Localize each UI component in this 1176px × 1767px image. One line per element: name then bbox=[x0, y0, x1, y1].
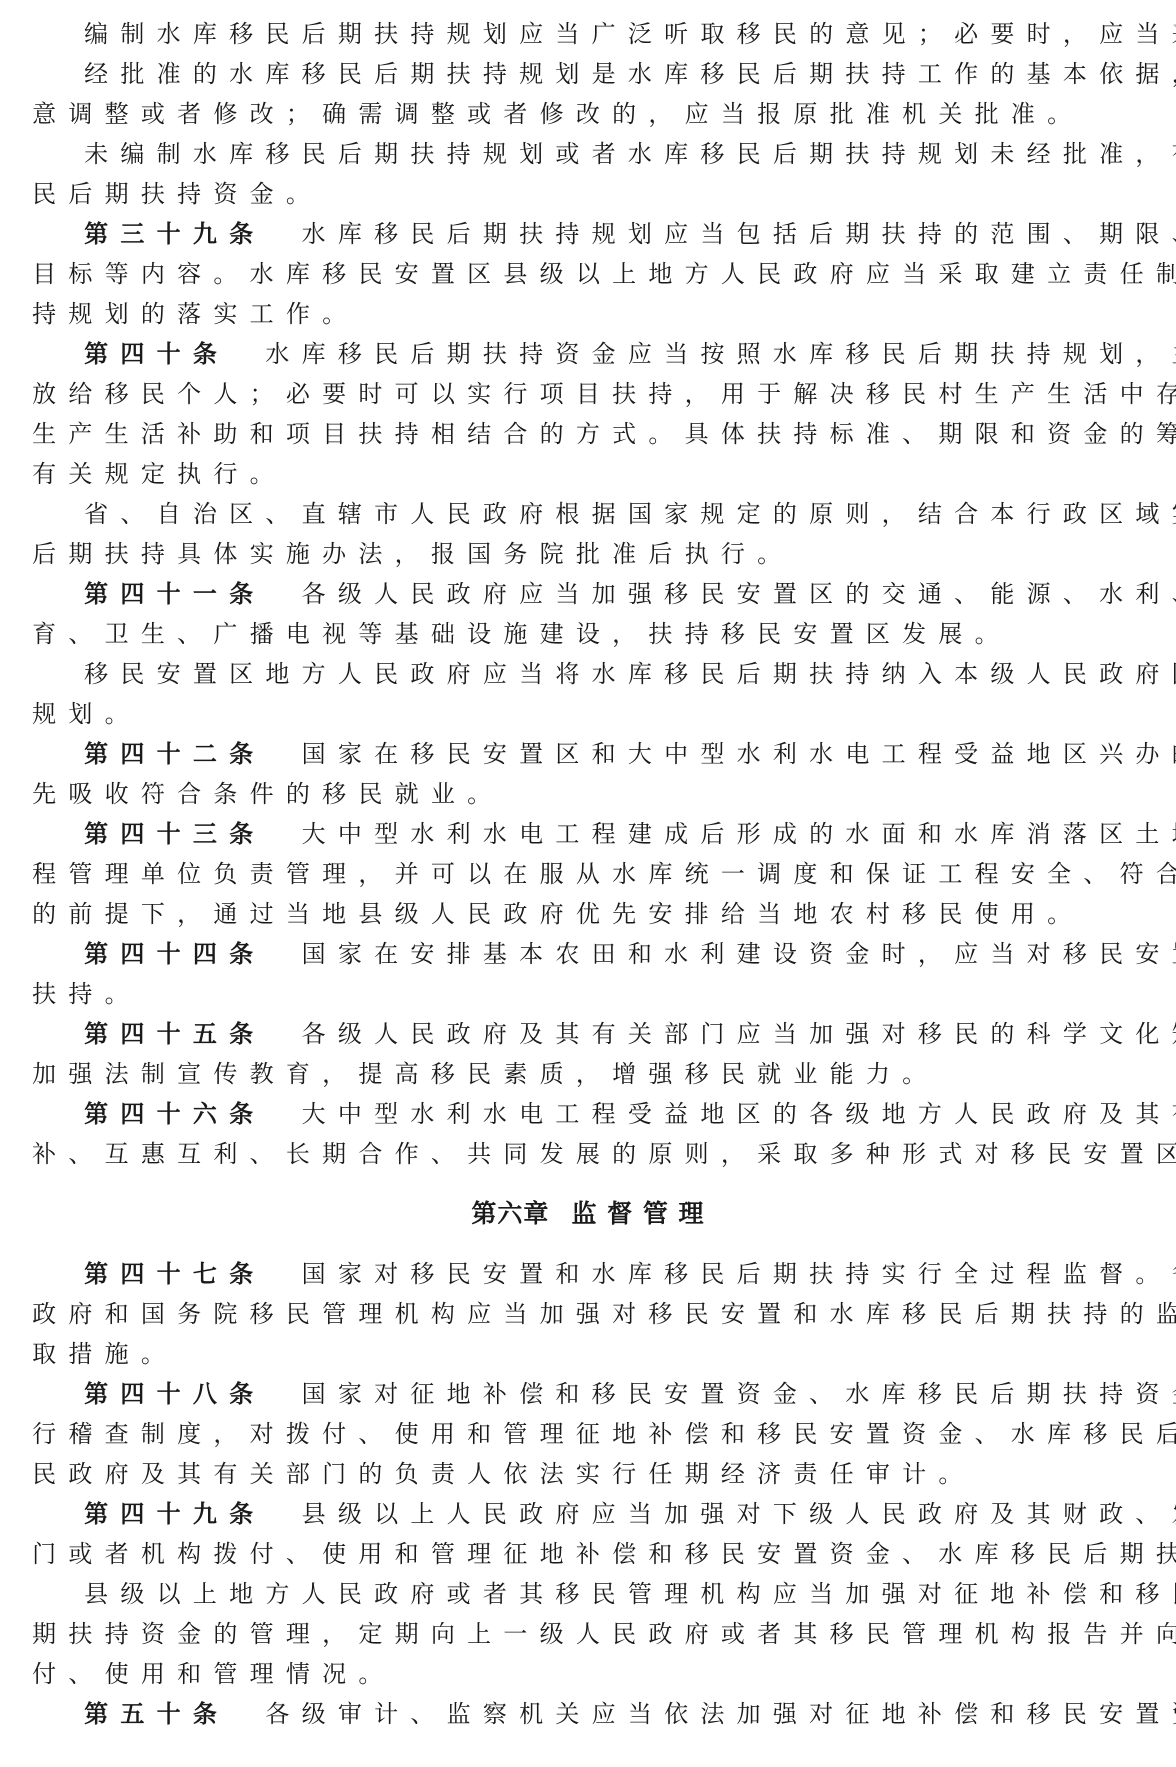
text-char: 持 bbox=[912, 214, 948, 254]
text-char: 泛 bbox=[622, 14, 658, 54]
text-char: 后 bbox=[767, 134, 803, 174]
text-char: 国 bbox=[135, 1294, 171, 1334]
text-char: 加 bbox=[803, 1014, 839, 1054]
text-char: 地 bbox=[259, 654, 295, 694]
text-char: 高 bbox=[389, 1054, 425, 1094]
text-char: 生 bbox=[26, 414, 62, 454]
text-char: 级 bbox=[332, 1014, 368, 1054]
text-char: 理 bbox=[932, 1614, 968, 1654]
text-char: 其 bbox=[787, 1614, 823, 1654]
text-line: 第四十九条 县级以上人民政府应当加强对下级人民政府及其财政、发展改革、移民等有关… bbox=[26, 1494, 1150, 1534]
text-char: 加 bbox=[26, 1054, 62, 1094]
text-char: 国 bbox=[296, 934, 332, 974]
text-char: 育 bbox=[280, 1054, 316, 1094]
text-char bbox=[259, 1094, 295, 1134]
text-char: 成 bbox=[767, 814, 803, 854]
text-char: 益 bbox=[984, 734, 1020, 774]
text-char: 。 bbox=[461, 774, 497, 814]
text-char: 民 bbox=[948, 1374, 984, 1414]
text-char: 利 bbox=[767, 734, 803, 774]
text-char: 理 bbox=[658, 1574, 694, 1614]
text-char: 库 bbox=[860, 1294, 896, 1334]
text-char: 上 bbox=[187, 1574, 223, 1614]
text-char: 期 bbox=[1093, 214, 1129, 254]
text-char: 水 bbox=[767, 334, 803, 374]
text-char: 水 bbox=[1093, 574, 1129, 614]
text-line: 第四十条 水库移民后期扶持资金应当按照水库移民后期扶持规划，主要作为生产生活补助… bbox=[26, 334, 1150, 374]
text-char: 、 bbox=[896, 1534, 932, 1574]
text-char: 大 bbox=[296, 814, 332, 854]
text-char: ， bbox=[1129, 134, 1165, 174]
text-char: 民 bbox=[896, 374, 932, 414]
text-char: 及 bbox=[135, 1454, 171, 1494]
text-char: 符 bbox=[135, 774, 171, 814]
text-char: 人 bbox=[332, 654, 368, 694]
text-char: 扶 bbox=[404, 134, 440, 174]
text-char: 和 bbox=[461, 1414, 497, 1454]
text-line: 补、互惠互利、长期合作、共同发展的原则，采取多种形式对移民安置区给予支持。 bbox=[26, 1134, 1150, 1174]
text-char: 限 bbox=[969, 414, 1005, 454]
text-char: 、 bbox=[1129, 1494, 1165, 1534]
text-char: 管 bbox=[207, 1654, 243, 1694]
text-char: 吸 bbox=[62, 774, 98, 814]
text-char: 面 bbox=[876, 814, 912, 854]
text-char: 辖 bbox=[332, 494, 368, 534]
text-char: 负 bbox=[207, 854, 243, 894]
text-char: 位 bbox=[171, 854, 207, 894]
text-char: 民 bbox=[1114, 1414, 1150, 1454]
text-char: 期 bbox=[767, 654, 803, 694]
text-char: 规 bbox=[477, 134, 513, 174]
text-char: 实 bbox=[461, 374, 497, 414]
text-char: 务 bbox=[171, 1294, 207, 1334]
text-char: 级 bbox=[332, 1494, 368, 1534]
text-char: 划 bbox=[549, 54, 585, 94]
text-char: 基 bbox=[477, 934, 513, 974]
text-char: 后 bbox=[404, 334, 440, 374]
article-label-char: 第 bbox=[78, 1014, 114, 1054]
text-char: 家 bbox=[332, 1254, 368, 1294]
text-char: 负 bbox=[389, 1454, 425, 1494]
text-char: 持 bbox=[1077, 1294, 1113, 1334]
text-char: 扶 bbox=[803, 1254, 839, 1294]
text-char: 移 bbox=[679, 1534, 715, 1574]
text-char: 意 bbox=[26, 94, 62, 134]
text-line: 省、自治区、直辖市人民政府根据国家规定的原则，结合本行政区域实际情况，制定水库移… bbox=[26, 494, 1150, 534]
text-char: 落 bbox=[1057, 814, 1093, 854]
text-char: 扶 bbox=[1041, 1294, 1077, 1334]
text-char: 理 bbox=[99, 854, 135, 894]
text-char: 质 bbox=[534, 1054, 570, 1094]
text-char: 的 bbox=[135, 294, 171, 334]
text-char: 等 bbox=[99, 254, 135, 294]
text-char: 民 bbox=[1041, 1534, 1077, 1574]
text-char: 机 bbox=[896, 94, 932, 134]
text-char: 民 bbox=[404, 1014, 440, 1054]
text-char: 各 bbox=[259, 1694, 295, 1734]
text-char: 及 bbox=[1093, 1094, 1129, 1134]
article-label-char: 一 bbox=[187, 574, 223, 614]
text-char: 制 bbox=[151, 134, 187, 174]
text-char: 制 bbox=[1150, 254, 1176, 294]
article-label-char: 条 bbox=[223, 1494, 259, 1534]
article-label-char: 第 bbox=[78, 1094, 114, 1134]
text-char: 中 bbox=[1114, 374, 1150, 414]
text-char: 原 bbox=[803, 494, 839, 534]
text-char: 据 bbox=[1129, 54, 1165, 94]
text-char: 府 bbox=[513, 494, 549, 534]
text-char: 资 bbox=[1129, 1374, 1165, 1414]
text-char: 报 bbox=[751, 94, 787, 134]
text-char: ， bbox=[876, 494, 912, 534]
text-char: 省 bbox=[1166, 1254, 1176, 1294]
text-char: 务 bbox=[497, 534, 533, 574]
text-char: 水 bbox=[586, 1254, 622, 1294]
text-char: 采 bbox=[751, 1134, 787, 1174]
text-char: 稽 bbox=[62, 1414, 98, 1454]
text-char: 和 bbox=[389, 1534, 425, 1574]
text-char: 合 bbox=[1150, 854, 1176, 894]
text-char: 作 bbox=[948, 54, 984, 94]
text-char: 、 bbox=[114, 494, 150, 534]
text-char: 批 bbox=[969, 94, 1005, 134]
text-char: 制 bbox=[114, 14, 150, 54]
text-char: 后 bbox=[1077, 1534, 1113, 1574]
text-char: 有 bbox=[586, 1014, 622, 1054]
text-char: 源 bbox=[1021, 574, 1057, 614]
text-char: 项 bbox=[280, 414, 316, 454]
text-char: 偿 bbox=[606, 1534, 642, 1574]
text-char: 发 bbox=[896, 614, 932, 654]
text-char: 县 bbox=[78, 1574, 114, 1614]
text-char: 并 bbox=[389, 854, 425, 894]
text-char: 准 bbox=[860, 94, 896, 134]
text-char: 法 bbox=[694, 1694, 730, 1734]
text-char: 的 bbox=[1114, 414, 1150, 454]
text-char: 安 bbox=[787, 614, 823, 654]
text-char: 当 bbox=[497, 1294, 533, 1334]
text-char: 卫 bbox=[99, 614, 135, 654]
text-char: 存 bbox=[1150, 374, 1176, 414]
text-char: 、 bbox=[1166, 574, 1176, 614]
text-char: 期 bbox=[316, 1134, 352, 1174]
text-char: 产 bbox=[62, 414, 98, 454]
text-char: 以 bbox=[425, 374, 461, 414]
text-char: 。 bbox=[969, 614, 1005, 654]
text-char: 府 bbox=[477, 574, 513, 614]
text-char: 金 bbox=[171, 1614, 207, 1654]
article-paragraph: 第四十三条 大中型水利水电工程建成后形成的水面和水库消落区土地属于国家所有，由该… bbox=[26, 814, 1150, 934]
text-char: 安 bbox=[642, 894, 678, 934]
text-char: 安 bbox=[658, 1374, 694, 1414]
text-char: 者 bbox=[751, 1614, 787, 1654]
text-char: 当 bbox=[622, 1694, 658, 1734]
text-char: 置 bbox=[1114, 1134, 1150, 1174]
article-label-char: 六 bbox=[187, 1094, 223, 1134]
text-char: 区 bbox=[1093, 494, 1129, 534]
text-char: 排 bbox=[679, 894, 715, 934]
text-char: ， bbox=[1057, 14, 1093, 54]
text-char: 置 bbox=[513, 734, 549, 774]
text-char: 益 bbox=[658, 1094, 694, 1134]
text-char: 地 bbox=[606, 1414, 642, 1454]
text-char: 构 bbox=[1005, 1614, 1041, 1654]
text-char: 扶 bbox=[477, 334, 513, 374]
text-char: 当 bbox=[751, 894, 787, 934]
text-char: 对 bbox=[1021, 934, 1057, 974]
text-char: 的 bbox=[280, 774, 316, 814]
text-char: 听 bbox=[658, 14, 694, 54]
text-char: 拨 bbox=[280, 1414, 316, 1454]
text-char: 报 bbox=[1041, 1614, 1077, 1654]
text-char: 扶 bbox=[368, 14, 404, 54]
text-char: 能 bbox=[984, 574, 1020, 614]
text-char: 移 bbox=[259, 134, 295, 174]
text-char: 区 bbox=[860, 614, 896, 654]
text-char: 扶 bbox=[642, 614, 678, 654]
article-paragraph: 第四十二条 国家在移民安置区和大中型水利水电工程受益地区兴办的生产建设项目，应当… bbox=[26, 734, 1150, 814]
text-char: ， bbox=[207, 1414, 243, 1454]
text-char: 地 bbox=[876, 1694, 912, 1734]
text-char: 加 bbox=[658, 1494, 694, 1534]
text-char: 、 bbox=[1077, 854, 1113, 894]
text-char: 移 bbox=[1005, 1134, 1041, 1174]
text-char: 其 bbox=[549, 1014, 585, 1054]
text-char: 民 bbox=[731, 54, 767, 94]
text-char: 过 bbox=[984, 1254, 1020, 1294]
text-char: 移 bbox=[896, 1294, 932, 1334]
text-char: 拨 bbox=[207, 1534, 243, 1574]
text-char: 化 bbox=[1129, 1014, 1165, 1054]
text-char: 、 bbox=[896, 414, 932, 454]
article-label-char: 九 bbox=[187, 1494, 223, 1534]
text-char: 。 bbox=[99, 694, 135, 734]
text-char: 者 bbox=[586, 134, 622, 174]
article-label-char: 四 bbox=[114, 734, 150, 774]
text-char: 。 bbox=[99, 974, 135, 1014]
text-char: 关 bbox=[932, 94, 968, 134]
text-char: 能 bbox=[824, 1054, 860, 1094]
text-char: 后 bbox=[296, 14, 332, 54]
text-char bbox=[259, 934, 295, 974]
article-label-char: 十 bbox=[151, 1014, 187, 1054]
text-char: 按 bbox=[694, 334, 730, 374]
text-char: 修 bbox=[207, 94, 243, 134]
text-char: 的 bbox=[1114, 1294, 1150, 1334]
text-char: 库 bbox=[642, 854, 678, 894]
text-char: 具 bbox=[171, 534, 207, 574]
text-char: 民 bbox=[26, 1454, 62, 1494]
text-char: 民 bbox=[860, 1614, 896, 1654]
text-char: 整 bbox=[425, 94, 461, 134]
text-char: 编 bbox=[114, 134, 150, 174]
text-char: 业 bbox=[787, 1054, 823, 1094]
text-char: 责 bbox=[787, 1454, 823, 1494]
text-char: 扶 bbox=[751, 414, 787, 454]
text-char: 民 bbox=[679, 1294, 715, 1334]
text-char: 付 bbox=[316, 1414, 352, 1454]
text-char: 、 bbox=[1057, 574, 1093, 614]
text-char: 移 bbox=[658, 1254, 694, 1294]
text-char: 水 bbox=[658, 934, 694, 974]
text-char: 应 bbox=[586, 1494, 622, 1534]
text-char: 互 bbox=[171, 1134, 207, 1174]
text-char: 民 bbox=[1041, 1134, 1077, 1174]
text-char: 则 bbox=[679, 1134, 715, 1174]
text-char: 政 bbox=[1057, 494, 1093, 534]
text-char: 后 bbox=[803, 214, 839, 254]
text-char: 批 bbox=[824, 94, 860, 134]
text-char: 利 bbox=[441, 1094, 477, 1134]
text-char: 管 bbox=[316, 1294, 352, 1334]
text-char: 生 bbox=[969, 374, 1005, 414]
text-char: 制 bbox=[135, 1054, 171, 1094]
text-char: 级 bbox=[296, 1694, 332, 1734]
text-char: 部 bbox=[658, 1014, 694, 1054]
text-char: 管 bbox=[425, 1534, 461, 1574]
text-char: 放 bbox=[26, 374, 62, 414]
text-line: 程管理单位负责管理，并可以在服从水库统一调度和保证工程安全、符合水土保持和水质保… bbox=[26, 854, 1150, 894]
text-char: 前 bbox=[62, 894, 98, 934]
text-char: 当 bbox=[767, 1014, 803, 1054]
text-char: 取 bbox=[969, 254, 1005, 294]
text-char: 保 bbox=[860, 854, 896, 894]
text-char: 行 bbox=[497, 374, 533, 414]
text-char: 后 bbox=[368, 54, 404, 94]
text-char: 的 bbox=[839, 574, 875, 614]
text-char: 地 bbox=[1166, 814, 1176, 854]
text-char: ， bbox=[316, 1614, 352, 1654]
text-char: ； bbox=[280, 94, 316, 134]
text-char: 扶 bbox=[839, 134, 875, 174]
text-char: 划 bbox=[622, 214, 658, 254]
text-char: 置 bbox=[1166, 934, 1176, 974]
text-char: 持 bbox=[171, 174, 207, 214]
text-char: 使 bbox=[389, 1414, 425, 1454]
text-char: 程 bbox=[912, 734, 948, 774]
text-char: 限 bbox=[1129, 214, 1165, 254]
text-char: 当 bbox=[694, 214, 730, 254]
text-char: 、 bbox=[948, 574, 984, 614]
text-char: 、 bbox=[404, 1694, 440, 1734]
text-char: 、 bbox=[1166, 214, 1176, 254]
article-label-char: 十 bbox=[151, 734, 187, 774]
text-char: 用 bbox=[352, 1534, 388, 1574]
text-char: 的 bbox=[767, 494, 803, 534]
text-char: 移 bbox=[1021, 1694, 1057, 1734]
text-char: 建 bbox=[622, 814, 658, 854]
text-char: 资 bbox=[1041, 414, 1077, 454]
text-char: 建 bbox=[534, 614, 570, 654]
text-char: 其 bbox=[513, 1574, 549, 1614]
text-char: 计 bbox=[896, 1454, 932, 1494]
body-paragraph: 移民安置区地方人民政府应当将水库移民后期扶持纳入本级人民政府国民经济和社会发展规… bbox=[26, 654, 1150, 734]
text-char: 当 bbox=[715, 94, 751, 134]
text-char: 和 bbox=[1005, 414, 1041, 454]
text-char: 监 bbox=[1150, 1294, 1176, 1334]
article-label-char: 十 bbox=[151, 814, 187, 854]
text-line: 经批准的水库移民后期扶持规划是水库移民后期扶持工作的基本依据，应当严格执行，不得… bbox=[26, 54, 1150, 94]
text-char: 和 bbox=[1093, 1574, 1129, 1614]
text-char: 资 bbox=[896, 1414, 932, 1454]
text-char: 补 bbox=[26, 1134, 62, 1174]
text-char: 给 bbox=[62, 374, 98, 414]
text-char: 在 bbox=[497, 854, 533, 894]
text-char: 查 bbox=[99, 1414, 135, 1454]
text-char: 要 bbox=[316, 374, 352, 414]
text-char: 金 bbox=[839, 934, 875, 974]
text-char: 的 bbox=[948, 214, 984, 254]
text-char: 移 bbox=[549, 1574, 585, 1614]
text-char: 期 bbox=[767, 1254, 803, 1294]
text-char: 就 bbox=[751, 1054, 787, 1094]
text-char: 民 bbox=[135, 374, 171, 414]
text-char: 或 bbox=[62, 1534, 98, 1574]
text-char: 人 bbox=[368, 574, 404, 614]
text-char: 偿 bbox=[679, 1414, 715, 1454]
text-char: 安 bbox=[477, 734, 513, 774]
text-char: 水 bbox=[404, 814, 440, 854]
text-char: 门 bbox=[26, 1534, 62, 1574]
text-char: 以 bbox=[151, 1574, 187, 1614]
text-char: 省 bbox=[78, 494, 114, 534]
article-label-char: 九 bbox=[187, 214, 223, 254]
text-char: 电 bbox=[513, 814, 549, 854]
text-char: 全 bbox=[1041, 854, 1077, 894]
text-char: 政 bbox=[1021, 1094, 1057, 1134]
text-char: 规 bbox=[694, 494, 730, 534]
text-char: 对 bbox=[912, 1574, 948, 1614]
text-char: 调 bbox=[389, 94, 425, 134]
text-char: 可 bbox=[425, 854, 461, 894]
text-char: 民 bbox=[477, 1494, 513, 1534]
text-char: 民 bbox=[259, 14, 295, 54]
text-line: 意调整或者修改；确需调整或者修改的，应当报原批准机关批准。 bbox=[26, 94, 1150, 134]
text-char: 金 bbox=[244, 174, 280, 214]
text-char: 后 bbox=[332, 134, 368, 174]
text-char: 统 bbox=[679, 854, 715, 894]
text-char: 金 bbox=[860, 1534, 896, 1574]
text-char: 修 bbox=[534, 94, 570, 134]
text-char: 人 bbox=[715, 254, 751, 294]
text-char: 方 bbox=[570, 414, 606, 454]
text-char: 田 bbox=[586, 934, 622, 974]
text-char: 型 bbox=[368, 814, 404, 854]
text-char: 筹 bbox=[1150, 414, 1176, 454]
text-char: 库 bbox=[187, 14, 223, 54]
text-char: 期 bbox=[948, 334, 984, 374]
text-char: 民 bbox=[441, 1254, 477, 1294]
text-char: 基 bbox=[389, 614, 425, 654]
text-char: 强 bbox=[839, 1014, 875, 1054]
text-char: 入 bbox=[912, 654, 948, 694]
text-char: 就 bbox=[389, 774, 425, 814]
text-char: 扶 bbox=[352, 414, 388, 454]
text-char: 地 bbox=[787, 894, 823, 934]
text-char: 式 bbox=[606, 414, 642, 454]
text-char: 地 bbox=[1021, 734, 1057, 774]
text-char: 地 bbox=[694, 1094, 730, 1134]
text-char: 实 bbox=[1166, 494, 1176, 534]
text-char: 强 bbox=[876, 1574, 912, 1614]
text-char: 、 bbox=[62, 1134, 98, 1174]
text-char: 应 bbox=[948, 934, 984, 974]
text-char: 人 bbox=[839, 1494, 875, 1534]
article-label-char: 四 bbox=[114, 1494, 150, 1534]
text-char: 移 bbox=[332, 334, 368, 374]
text-char: 的 bbox=[803, 14, 839, 54]
text-char: 执 bbox=[171, 454, 207, 494]
